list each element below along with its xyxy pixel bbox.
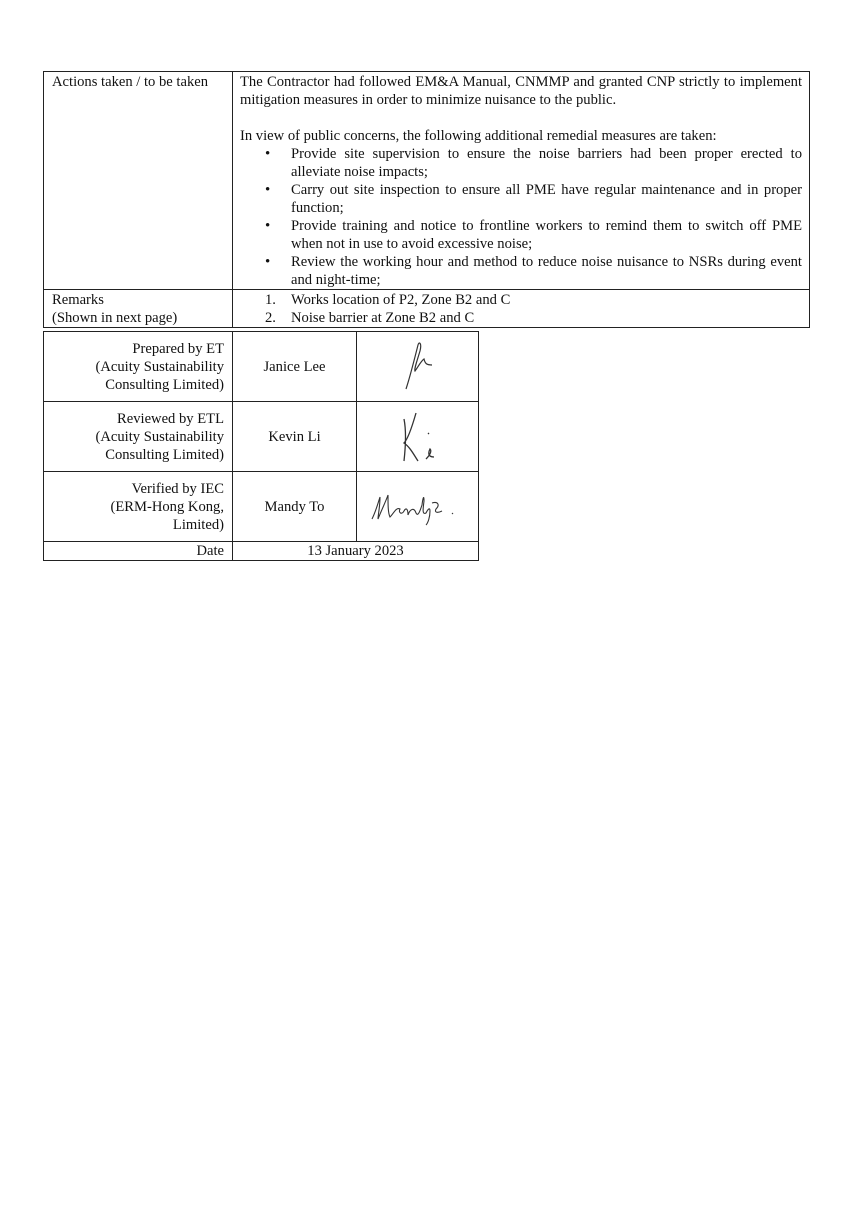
signoff-row: Verified by IEC (ERM-Hong Kong, Limited)… bbox=[44, 472, 479, 542]
actions-label: Actions taken / to be taken bbox=[44, 72, 233, 290]
measure-item: Review the working hour and method to re… bbox=[240, 253, 802, 289]
actions-lead: In view of public concerns, the followin… bbox=[240, 127, 802, 145]
date-label: Date bbox=[44, 542, 233, 561]
signoff-name: Mandy To bbox=[233, 472, 357, 542]
signature-mandy-to bbox=[357, 472, 479, 542]
actions-row: Actions taken / to be taken The Contract… bbox=[44, 72, 810, 290]
signoff-role: Reviewed by ETL (Acuity Sustainability C… bbox=[44, 402, 233, 472]
measures-list: Provide site supervision to ensure the n… bbox=[240, 145, 802, 289]
signoff-name: Janice Lee bbox=[233, 332, 357, 402]
signature-icon bbox=[388, 339, 448, 394]
actions-remarks-table: Actions taken / to be taken The Contract… bbox=[43, 71, 810, 328]
remarks-label-note: (Shown in next page) bbox=[52, 309, 232, 327]
actions-content: The Contractor had followed EM&A Manual,… bbox=[233, 72, 810, 290]
remarks-content: 1.Works location of P2, Zone B2 and C 2.… bbox=[233, 290, 810, 328]
signoff-row: Reviewed by ETL (Acuity Sustainability C… bbox=[44, 402, 479, 472]
remarks-label: Remarks (Shown in next page) bbox=[44, 290, 233, 328]
signoff-name: Kevin Li bbox=[233, 402, 357, 472]
signoff-role: Prepared by ET (Acuity Sustainability Co… bbox=[44, 332, 233, 402]
signature-kevin-li bbox=[357, 402, 479, 472]
date-row: Date 13 January 2023 bbox=[44, 542, 479, 561]
remark-item: 2.Noise barrier at Zone B2 and C bbox=[240, 309, 802, 327]
remark-item: 1.Works location of P2, Zone B2 and C bbox=[240, 291, 802, 309]
remarks-label-title: Remarks bbox=[52, 291, 232, 309]
signoff-row: Prepared by ET (Acuity Sustainability Co… bbox=[44, 332, 479, 402]
actions-intro: The Contractor had followed EM&A Manual,… bbox=[240, 73, 802, 109]
signoff-role: Verified by IEC (ERM-Hong Kong, Limited) bbox=[44, 472, 233, 542]
date-value: 13 January 2023 bbox=[233, 542, 479, 561]
signature-icon bbox=[388, 407, 448, 467]
signature-icon bbox=[368, 487, 468, 527]
measure-item: Provide site supervision to ensure the n… bbox=[240, 145, 802, 181]
measure-item: Carry out site inspection to ensure all … bbox=[240, 181, 802, 217]
remarks-list: 1.Works location of P2, Zone B2 and C 2.… bbox=[240, 291, 802, 327]
remarks-row: Remarks (Shown in next page) 1.Works loc… bbox=[44, 290, 810, 328]
signature-janice-lee bbox=[357, 332, 479, 402]
signoff-table: Prepared by ET (Acuity Sustainability Co… bbox=[43, 331, 479, 561]
measure-item: Provide training and notice to frontline… bbox=[240, 217, 802, 253]
